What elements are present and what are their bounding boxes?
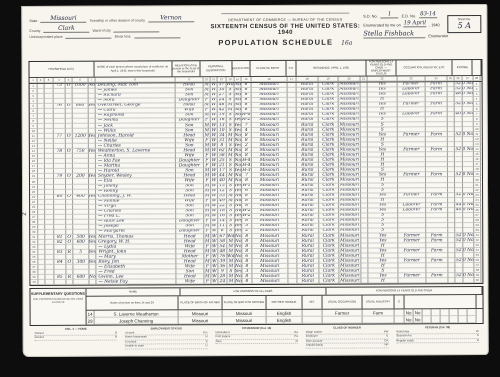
- supplementary-column-header: [405, 295, 477, 308]
- section-header-band: HOUSEHOLD DATANAME of each person whose …: [29, 60, 481, 78]
- cell-sch: No: [235, 279, 242, 284]
- field-state: State Missouri Township or other divisio…: [29, 14, 207, 23]
- cell-wk: [455, 279, 463, 284]
- column-number: 6: [73, 78, 89, 83]
- sheet-number-box: Sheet No. 5 A: [447, 15, 481, 33]
- cell-emp: H: [368, 279, 398, 284]
- cell-blank: [38, 280, 45, 285]
- cell-blank: [288, 279, 297, 284]
- supplementary-label-box: SUPPLEMENTARY QUESTIONS FOR PERSONS ENUM…: [30, 289, 86, 325]
- cell-r: W: [211, 280, 218, 285]
- column-number: 19: [319, 77, 339, 82]
- cell-n: 40: [30, 280, 38, 285]
- column-number: 8: [96, 77, 176, 82]
- column-number: 15: [242, 77, 252, 82]
- unincorporated-label: Unincorporated place: [29, 35, 62, 39]
- census-table-body: 175O1000NoDeLong, Mac TomHeadMW57WdNo8Mi…: [30, 82, 483, 286]
- column-number: 23: [398, 76, 426, 81]
- sd-value: 1: [381, 11, 399, 18]
- column-number: 17: [288, 77, 297, 82]
- township-label: Township or other division of county: [89, 18, 144, 22]
- column-number: 26: [455, 76, 463, 81]
- supp-cell-cls: [395, 316, 405, 323]
- enumeration-block: S.D. No. 1 E.D. No. 83-14 Enumerated by …: [363, 9, 481, 58]
- cell-sx: F: [204, 280, 211, 285]
- state-value: Missouri: [40, 15, 86, 23]
- population-schedule-table: HOUSEHOLD DATANAME of each person whose …: [28, 59, 483, 286]
- column-number: 10: [204, 77, 211, 82]
- supp-cell-m6: [450, 316, 459, 323]
- schedule-title: POPULATION SCHEDULE: [218, 37, 333, 47]
- blocknos-value: [134, 37, 180, 38]
- supp-cell-name: Joseph Channing: [95, 317, 179, 324]
- supp-cell-m5: [441, 316, 450, 323]
- ed-label: E.D. No.: [402, 14, 416, 18]
- supplementary-column-header: Name of person on lines 14 and 29: [87, 296, 179, 309]
- supp-cell-ln: 14: [87, 311, 95, 318]
- supplementary-section: SUPPLEMENTARY QUESTIONS FOR PERSONS ENUM…: [29, 286, 483, 326]
- supplementary-band1-header: FOR PERSONS OF ALL AGES: [180, 288, 326, 296]
- supp-cell-m1: No: [405, 316, 414, 323]
- cell-rn: 40: [474, 278, 481, 283]
- ward-label: Ward of city: [92, 29, 110, 33]
- blocknos-label: Block Nos.: [115, 35, 132, 39]
- sd-label: S.D. No.: [363, 14, 377, 18]
- footnote-line: AlienAl: [216, 340, 298, 345]
- footnote-column: COL. 4 — HOMEOwnedORentedR: [35, 328, 118, 354]
- footnote-column: CLASS OF WORKERWage workerPWEmployerEOwn…: [306, 326, 389, 352]
- section-header: CIT.: [286, 61, 297, 76]
- form-header: State Missouri Township or other divisio…: [29, 9, 481, 59]
- schedule-number: 16a: [341, 39, 352, 46]
- column-number: 20: [339, 77, 361, 82]
- supp-cell-occ: [323, 317, 363, 324]
- footnote-column: CITIZENSHIP (Col. 16)NaturalizedNaFirst …: [215, 327, 298, 353]
- supp-cell-m6: [450, 309, 459, 316]
- township-value: Vernon: [148, 14, 194, 22]
- cell-age: 24: [218, 280, 227, 285]
- footnote-line: RentedR: [35, 336, 117, 341]
- cell-name: — Nelsie Fay: [96, 280, 176, 285]
- department-line: DEPARTMENT OF COMMERCE — BUREAU OF THE C…: [207, 18, 363, 23]
- cell-ind: [426, 279, 448, 284]
- cell-own: [66, 280, 73, 285]
- supp-cell-m8: [468, 309, 477, 316]
- section-header: INCOME: [453, 60, 473, 75]
- table-row: 40— Nelsie FayWifeFW24MNo8MissouriRuralC…: [30, 278, 482, 285]
- footnote-line: Unpaid familyNP: [306, 344, 388, 349]
- cell-val: [73, 280, 89, 285]
- supp-cell-m3: [423, 309, 432, 316]
- column-number: 21: [361, 77, 368, 82]
- supplementary-column-header: C: [395, 295, 405, 308]
- cell-bp: Missouri: [252, 279, 288, 284]
- supp-cell-fbp: Missouri: [179, 317, 223, 324]
- sheet-value: 5 A: [449, 21, 479, 30]
- cell-blank: [361, 279, 368, 284]
- census-title: SIXTEENTH CENSUS OF THE UNITED STATES: 1…: [207, 23, 363, 36]
- supplementary-band1-header: FOR PERSONS 14 YEARS OLD AND OVER: [326, 287, 482, 295]
- unincorporated-value: [66, 38, 112, 39]
- column-number: 13: [227, 77, 235, 82]
- column-number: 27: [463, 76, 474, 81]
- supplementary-subtitle: FOR PERSONS ENUMERATED ON LINES 14 AND 2…: [31, 298, 86, 304]
- column-number: 3: [45, 78, 54, 83]
- column-number: 2: [38, 78, 45, 83]
- supp-cell-tongue: English: [267, 317, 303, 324]
- section-header: PERSONAL DESCRIPTION: [201, 61, 232, 76]
- supplementary-row: 29Joseph ChanningMissouriMissouriEnglish…: [87, 316, 483, 325]
- supp-cell-vet: [303, 317, 323, 324]
- instruction-rule: [221, 13, 349, 17]
- section-header: NAME of each person whose usual place of…: [94, 61, 172, 76]
- supp-cell-m7: [459, 316, 468, 323]
- column-number: 22: [368, 76, 398, 81]
- column-number: 18: [297, 77, 319, 82]
- supp-cell-m5: [441, 309, 450, 316]
- cell-blank: [45, 280, 54, 285]
- column-number: 1: [30, 78, 38, 83]
- location-fields: State Missouri Township or other divisio…: [29, 10, 207, 59]
- column-number: 14: [235, 77, 242, 82]
- column-number: 4: [54, 78, 66, 83]
- section-header: RELATION of this person to the head of t…: [172, 61, 201, 76]
- state-label: State: [29, 19, 37, 23]
- supplementary-column-header: USUAL OCCUPATION: [323, 296, 363, 309]
- cell-gr: 8: [242, 279, 252, 284]
- supplementary-column-header: USUAL INDUSTRY: [363, 295, 395, 308]
- column-number: 16: [252, 77, 288, 82]
- footnote-line: Regular estab.R: [396, 339, 478, 344]
- field-county: County Clark Ward of city: [29, 24, 207, 33]
- cell-blank: [448, 279, 455, 284]
- column-number: 28: [474, 76, 481, 81]
- county-label: County: [29, 29, 40, 33]
- cell-vis: [54, 280, 66, 285]
- supplementary-column-header: MOTHER TONGUE: [267, 296, 303, 309]
- county-value: Clark: [43, 25, 89, 33]
- section-header: PLACE OF BIRTH: [250, 61, 286, 76]
- supp-cell-mbp: Missouri: [223, 317, 267, 324]
- supplementary-band1-header: NAME: [86, 288, 180, 295]
- supp-cell-m4: [432, 309, 441, 316]
- enumerated-label: Enumerated by me on: [363, 23, 400, 27]
- supp-cell-ind: [363, 316, 395, 323]
- supplementary-body: 14S. Laverne WeathertonMissouriMissouriE…: [87, 309, 483, 325]
- cell-inc: [463, 278, 474, 283]
- scanned-census-image: 2 State Missouri Township or other divis…: [0, 0, 500, 377]
- enumeration-year: , 1940: [429, 23, 440, 27]
- cell-frm: [89, 280, 96, 285]
- column-number: 24: [426, 76, 448, 81]
- supp-cell-m4: [432, 316, 441, 323]
- enumerator-signature: Stella Fishback: [363, 29, 425, 38]
- supp-cell-m2: No: [414, 309, 423, 316]
- footnote-column: EMPLOYMENT STATUSAt workYesHome housewor…: [125, 327, 208, 353]
- section-header: [473, 60, 482, 75]
- column-number: 9: [176, 77, 204, 82]
- supp-cell-m8: [468, 316, 477, 323]
- column-number: 11: [211, 77, 218, 82]
- cell-rel: Wife: [176, 280, 204, 285]
- supplementary-title: SUPPLEMENTARY QUESTIONS: [30, 292, 85, 297]
- supplementary-column-header: PLACE OF BIRTH OF MOTHER: [223, 296, 267, 309]
- page-number-marker: 2: [22, 212, 28, 215]
- cell-rcy: Clark: [319, 279, 339, 284]
- column-number: 12: [218, 77, 227, 82]
- column-number: 5: [66, 78, 73, 83]
- ward-value: [114, 31, 160, 32]
- field-unincorporated: Unincorporated place Block Nos.: [29, 34, 207, 39]
- footnote-line: Unable to workU: [125, 345, 207, 350]
- supp-cell-m3: [423, 316, 432, 323]
- section-header: RESIDENCE, APRIL 1, 1935: [297, 61, 366, 76]
- footnote-column: VETERAN (Col. 39)World WarWSpanish-Am.SR…: [396, 326, 479, 352]
- supp-cell-m2: No: [414, 316, 423, 323]
- supp-cell-m1: No: [405, 309, 414, 316]
- census-page: 2 State Missouri Township or other divis…: [21, 4, 489, 357]
- column-number: 7: [89, 78, 96, 83]
- supp-cell-m7: [459, 309, 468, 316]
- supp-cell-cls: [395, 309, 405, 316]
- enumerator-label: Enumerator: [428, 34, 448, 38]
- section-header: EDUCATION: [232, 61, 250, 76]
- supp-cell-ln: 29: [87, 318, 95, 325]
- footnote-area: COL. 4 — HOMEOwnedORentedREMPLOYMENT STA…: [35, 326, 479, 354]
- cell-occ: [398, 279, 426, 284]
- cell-rc: Rural: [297, 279, 319, 284]
- supplementary-table: NAMEFOR PERSONS OF ALL AGESFOR PERSONS 1…: [86, 287, 482, 325]
- supplementary-column-header: PLACE OF BIRTH OF FATHER: [179, 296, 223, 309]
- section-header: HOUSEHOLD DATA: [29, 62, 94, 77]
- cell-mar: M: [227, 280, 235, 285]
- enumeration-date: 19 April: [404, 20, 426, 27]
- section-header: OCCUPATION, INDUSTRY, ETC.: [397, 60, 453, 75]
- cell-rst: Missouri: [339, 279, 361, 284]
- ed-value: 83-14: [419, 11, 437, 18]
- column-number: 25: [448, 76, 455, 81]
- supplementary-column-header: VET.: [303, 296, 323, 309]
- section-header: FOR PERSONS 14 YEARS OLD AND OVER — EMPL…: [366, 60, 397, 75]
- title-block: DEPARTMENT OF COMMERCE — BUREAU OF THE C…: [207, 10, 363, 59]
